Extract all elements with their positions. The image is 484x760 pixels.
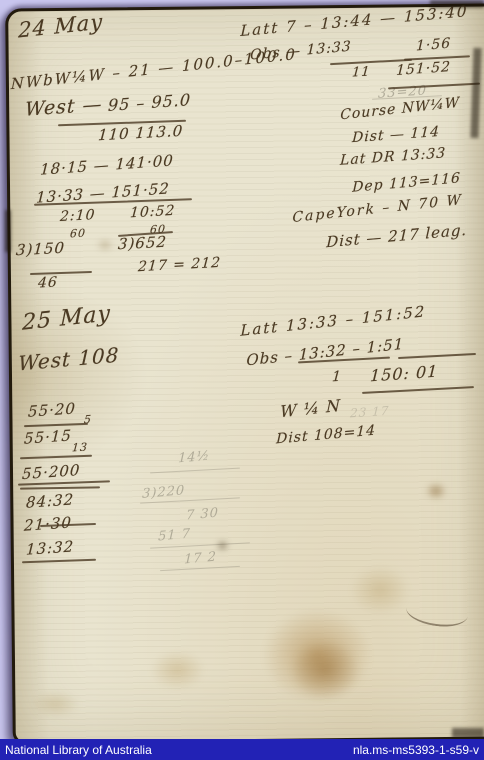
stain	[216, 540, 229, 551]
pencil-note: 7 30	[186, 506, 219, 524]
page-edge-shadow	[430, 0, 484, 8]
stain	[290, 640, 360, 700]
handwriting-line: 13:32	[26, 537, 75, 558]
manuscript-scan-view: 24 May NWbW¼W – 21 — 100.0–100.0 West — …	[0, 0, 484, 760]
pencil-note: 51 7	[158, 527, 191, 545]
stain	[350, 565, 410, 615]
footer-bar: National Library of Australia nla.ms-ms5…	[0, 739, 484, 760]
handwriting-line: 46	[37, 274, 58, 291]
handwriting-line: 84:32	[26, 490, 75, 511]
pencil-note: 23 17	[350, 404, 390, 421]
handwriting-line: 3)150	[15, 239, 65, 260]
handwriting-line: 1·56	[416, 35, 452, 54]
handwriting-line: 2:10	[59, 207, 96, 225]
handwriting-line: 13	[72, 441, 89, 455]
handwriting-line: 60	[70, 227, 87, 241]
handwriting-line: 11	[351, 64, 371, 80]
stain	[425, 482, 447, 500]
stain	[150, 650, 205, 690]
library-name-label: National Library of Australia	[5, 743, 152, 757]
pencil-note: 17 2	[184, 550, 217, 568]
stain	[96, 238, 114, 252]
item-reference-label: nla.ms-ms5393-1-s59-v	[353, 743, 479, 757]
stain	[30, 690, 80, 718]
page-edge-shadow	[452, 728, 484, 738]
handwriting-line: 55·20	[28, 399, 77, 420]
handwriting-line: 55·15	[24, 426, 73, 447]
pencil-note: 14½	[178, 449, 211, 467]
handwriting-line: 10:52	[129, 203, 175, 221]
handwriting-line: 1	[331, 369, 342, 386]
page-edge-shadow	[5, 210, 11, 252]
